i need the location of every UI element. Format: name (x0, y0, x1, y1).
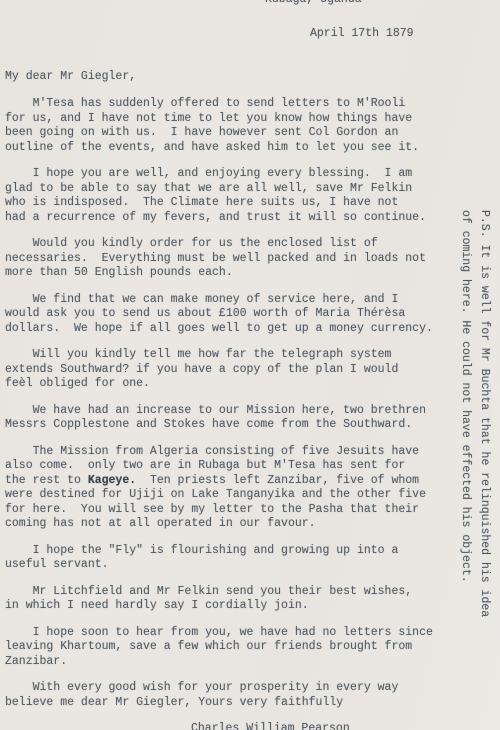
letter-line: useful servant. (5, 558, 433, 573)
paragraph: I hope soon to hear from you, we have ha… (5, 626, 433, 670)
letter-line: believe me dear Mr Giegler, Yours very f… (5, 696, 433, 711)
letter-line: Mr Litchfield and Mr Felkin send you the… (5, 585, 433, 600)
letter-line: outline of the events, and have asked hi… (5, 141, 433, 156)
letter-line: were destined for Ujiji on Lake Tanganyi… (5, 488, 433, 503)
paragraph: With every good wish for your prosperity… (5, 681, 433, 710)
letter-page: Rubaga, Uganda April 17th 1879 My dear M… (0, 0, 500, 730)
letter-line: With every good wish for your prosperity… (5, 681, 433, 696)
letter-body: M'Tesa has suddenly offered to send lett… (5, 97, 433, 730)
paragraph: We have had an increase to our Mission h… (5, 404, 433, 433)
salutation: My dear Mr Giegler, (5, 70, 136, 85)
signature: Charles William Pearson (5, 722, 433, 730)
letter-line: glad to be able to say that we are all w… (5, 182, 433, 197)
letter-line: Would you kindly order for us the enclos… (5, 237, 433, 252)
letter-line: Messrs Copplestone and Stokes have come … (5, 418, 433, 433)
letter-line: also come. only two are in Rubaga but M'… (5, 459, 433, 474)
letter-line: M'Tesa has suddenly offered to send lett… (5, 97, 433, 112)
letter-line: in which I need hardly say I cordially j… (5, 599, 433, 614)
letter-line: Zanzibar. (5, 655, 433, 670)
letter-line: feèl obliged for one. (5, 377, 433, 392)
letter-line: I hope the "Fly" is flourishing and grow… (5, 544, 433, 559)
letter-line: the rest to Kageye. Ten priests left Zan… (5, 474, 433, 489)
paragraph: M'Tesa has suddenly offered to send lett… (5, 97, 433, 155)
ps-line: of coming here. He could not have effect… (456, 210, 475, 617)
paragraph: Will you kindly tell me how far the tele… (5, 348, 433, 392)
letter-line: We find that we can make money of servic… (5, 293, 433, 308)
letter-line: leaving Khartoum, save a few which our f… (5, 640, 433, 655)
letter-line: We have had an increase to our Mission h… (5, 404, 433, 419)
letter-line: would ask you to send us about £100 wort… (5, 307, 433, 322)
place-line: Rubaga, Uganda (265, 0, 362, 8)
paragraph: Would you kindly order for us the enclos… (5, 237, 433, 281)
letter-line: dollars. We hope if all goes well to get… (5, 322, 433, 337)
paragraph: We find that we can make money of servic… (5, 293, 433, 337)
letter-line: had a recurrence of my fevers, and trust… (5, 211, 433, 226)
letter-line: The Mission from Algeria consisting of f… (5, 445, 433, 460)
letter-line: for here. You will see by my letter to t… (5, 503, 433, 518)
letter-line: for us, and I have not time to let you k… (5, 112, 433, 127)
paragraph: The Mission from Algeria consisting of f… (5, 445, 433, 532)
paragraph: I hope the "Fly" is flourishing and grow… (5, 544, 433, 573)
letter-line: more than 50 English pounds each. (5, 266, 433, 281)
letter-line: necessaries. Everything must be well pac… (5, 252, 433, 267)
ps-line: P.S. It is well for Mr Buchta that he re… (475, 210, 494, 617)
paragraph: Mr Litchfield and Mr Felkin send you the… (5, 585, 433, 614)
letter-line: coming has not at all operated in our fa… (5, 517, 433, 532)
letter-line: who is indisposed. The Climate here suit… (5, 196, 433, 211)
ps-margin-note: P.S. It is well for Mr Buchta that he re… (456, 210, 493, 617)
letter-line: I hope you are well, and enjoying every … (5, 167, 433, 182)
letter-line: been going on with us. I have however se… (5, 126, 433, 141)
letter-line: I hope soon to hear from you, we have ha… (5, 626, 433, 641)
date-line: April 17th 1879 (310, 27, 414, 42)
letter-line: Will you kindly tell me how far the tele… (5, 348, 433, 363)
letter-line: extends Southward? if you have a copy of… (5, 363, 433, 378)
paragraph: I hope you are well, and enjoying every … (5, 167, 433, 225)
